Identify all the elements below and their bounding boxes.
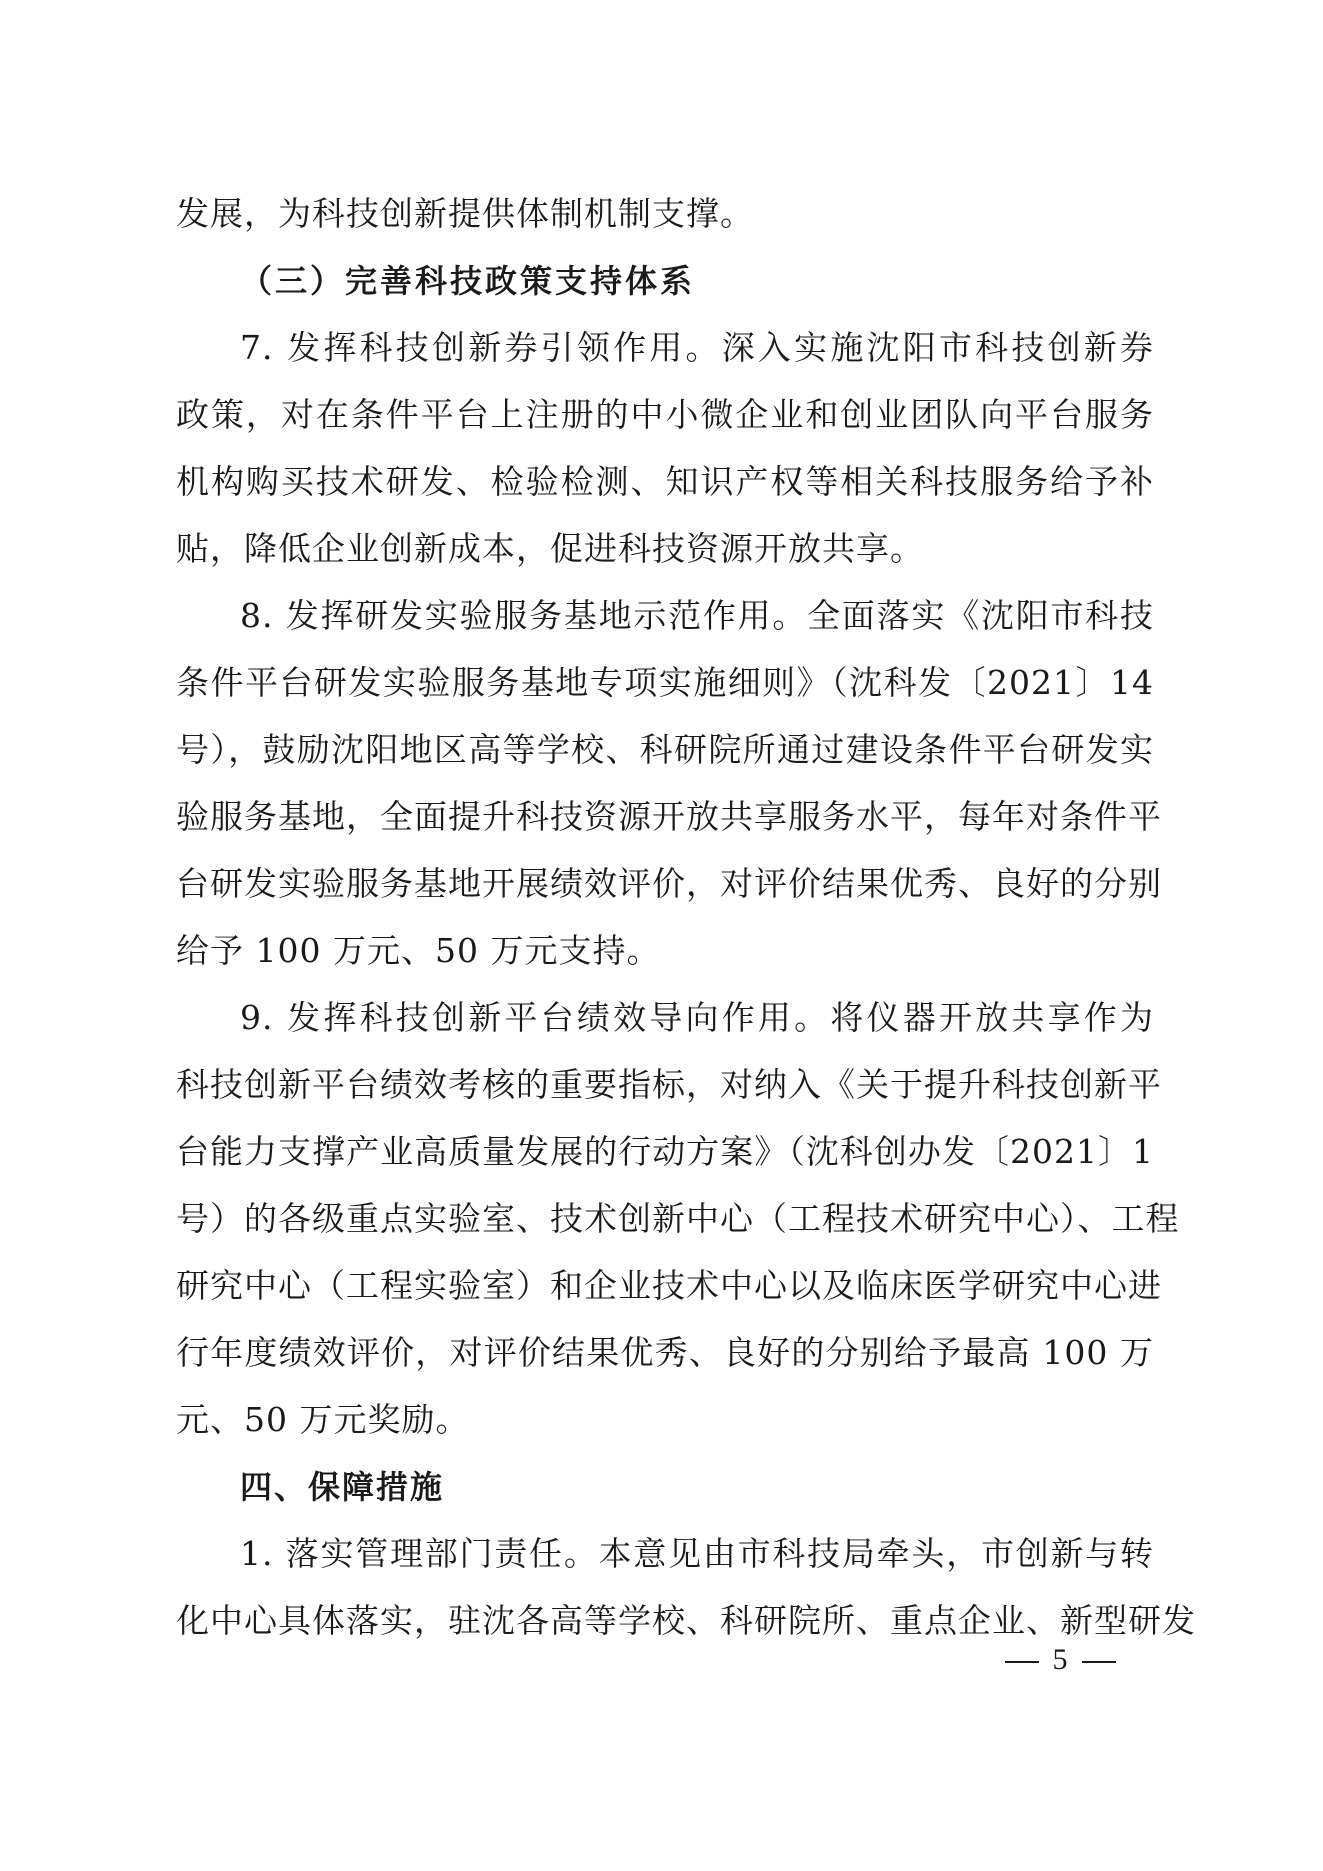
paragraph-line: 1. 落实管理部门责任。本意见由市科技局牵头，市创新与转	[240, 1530, 1154, 1578]
paragraph-line: 给予 100 万元、50 万元支持。	[176, 927, 1154, 975]
section-heading: 四、保障措施	[240, 1463, 1154, 1511]
paragraph-line: 机构购买技术研发、检验检测、知识产权等相关科技服务给予补	[176, 458, 1154, 506]
paragraph-line: 元、50 万元奖励。	[176, 1396, 1154, 1444]
paragraph-line: 贴，降低企业创新成本，促进科技资源开放共享。	[176, 525, 1154, 573]
paragraph-line: 7. 发挥科技创新券引领作用。深入实施沈阳市科技创新券	[240, 324, 1154, 372]
document-page: 发展，为科技创新提供体制机制支撑。 （三）完善科技政策支持体系 7. 发挥科技创…	[0, 0, 1323, 1871]
paragraph-line: 8. 发挥研发实验服务基地示范作用。全面落实《沈阳市科技	[240, 592, 1154, 640]
dash-right-decoration	[1082, 1661, 1116, 1663]
paragraph-line: 条件平台研发实验服务基地专项实施细则》（沈科发〔2021〕14	[176, 659, 1154, 707]
section-subheading: （三）完善科技政策支持体系	[240, 257, 1154, 305]
paragraph-line: 行年度绩效评价，对评价结果优秀、良好的分别给予最高 100 万	[176, 1329, 1154, 1377]
paragraph-line: 号）的各级重点实验室、技术创新中心（工程技术研究中心）、工程	[176, 1195, 1154, 1243]
paragraph-line: 发展，为科技创新提供体制机制支撑。	[176, 190, 1154, 238]
paragraph-line: 科技创新平台绩效考核的重要指标，对纳入《关于提升科技创新平	[176, 1061, 1154, 1109]
page-number: 5	[985, 1640, 1135, 1680]
paragraph-line: 台能力支撑产业高质量发展的行动方案》（沈科创办发〔2021〕1	[176, 1128, 1154, 1176]
page-number-value: 5	[1053, 1643, 1068, 1676]
dash-left-decoration	[1005, 1661, 1039, 1663]
paragraph-line: 政策，对在条件平台上注册的中小微企业和创业团队向平台服务	[176, 391, 1154, 439]
paragraph-line: 验服务基地，全面提升科技资源开放共享服务水平，每年对条件平	[176, 793, 1154, 841]
paragraph-line: 研究中心（工程实验室）和企业技术中心以及临床医学研究中心进	[176, 1262, 1154, 1310]
paragraph-line: 化中心具体落实，驻沈各高等学校、科研院所、重点企业、新型研发	[176, 1597, 1154, 1645]
paragraph-line: 9. 发挥科技创新平台绩效导向作用。将仪器开放共享作为	[240, 994, 1154, 1042]
paragraph-line: 号），鼓励沈阳地区高等学校、科研院所通过建设条件平台研发实	[176, 726, 1154, 774]
paragraph-line: 台研发实验服务基地开展绩效评价，对评价结果优秀、良好的分别	[176, 860, 1154, 908]
